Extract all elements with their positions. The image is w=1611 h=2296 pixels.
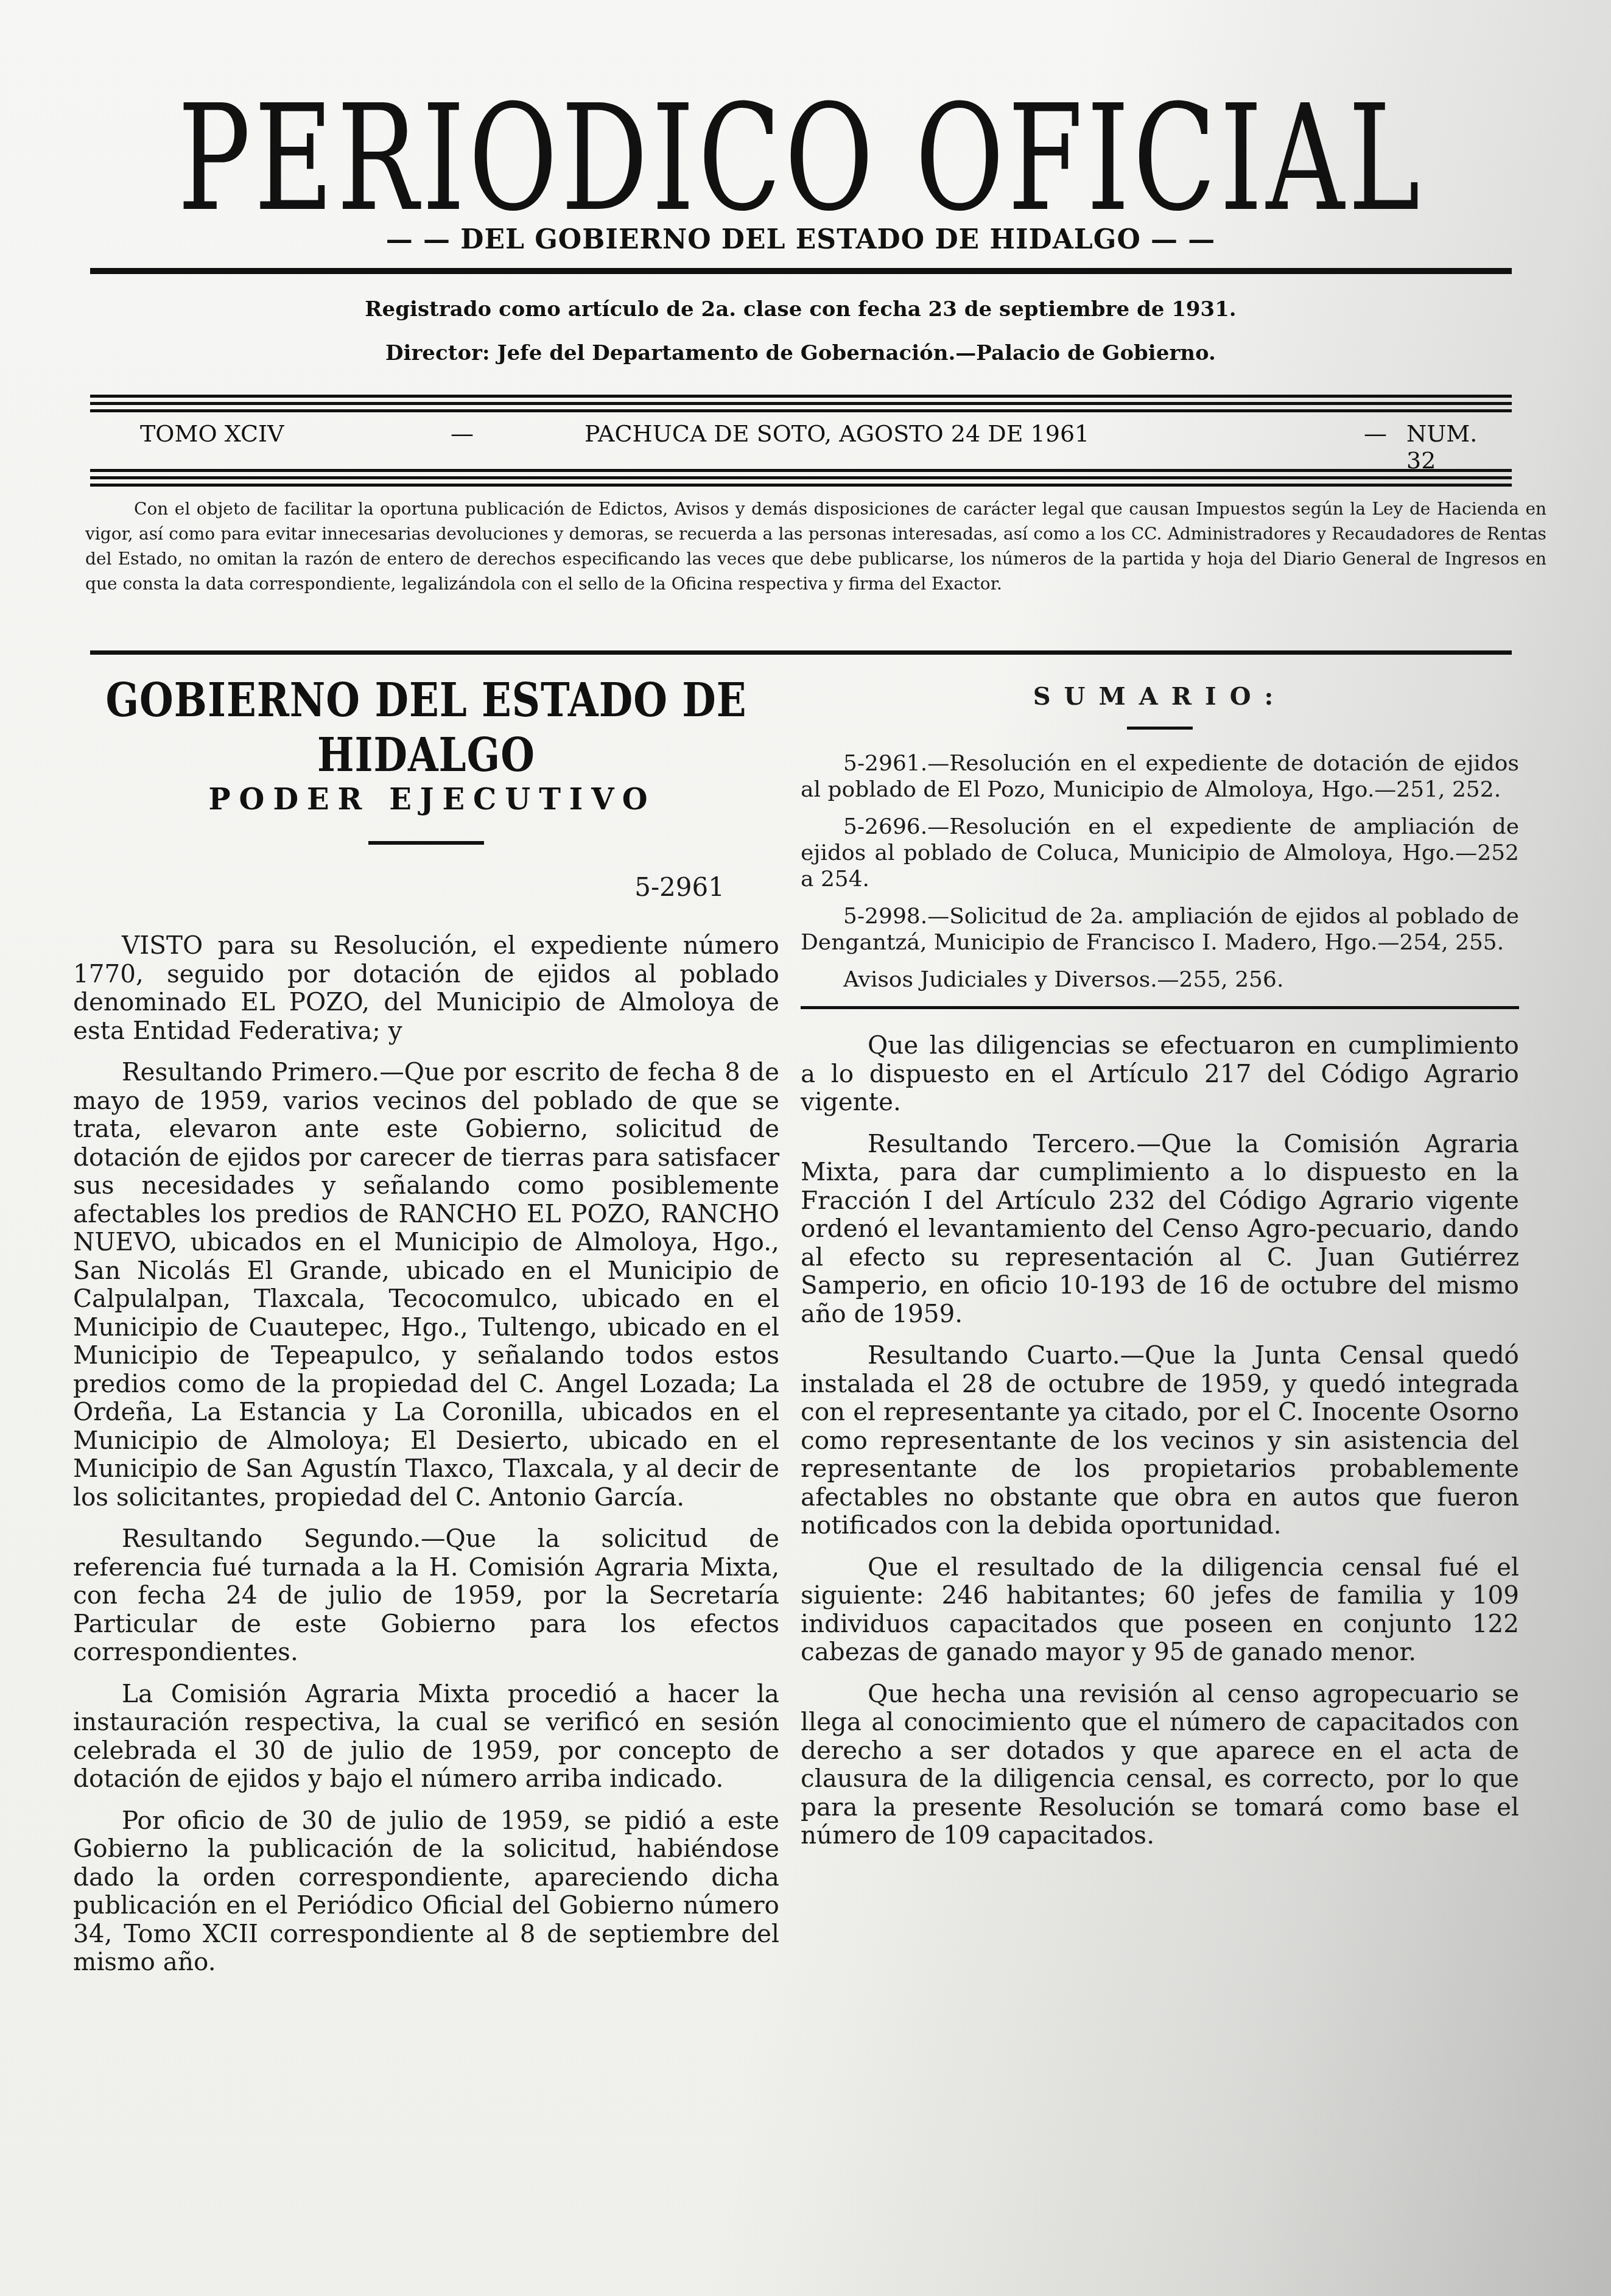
paragraph-diligencias: Que las diligencias se efectuaron en cum… [801,1031,1519,1116]
government-heading: GOBIERNO DEL ESTADO DE HIDALGO [73,673,779,783]
section-rule [90,650,1512,655]
issue-number: NUM. 32 [1406,420,1510,474]
masthead-title: PERIODICO OFICIAL [91,85,1510,231]
left-body: VISTO para su Resolución, el expediente … [73,931,779,1976]
paragraph-revision-censo: Que hecha una revisión al censo agropecu… [801,1680,1519,1850]
registration-line: Registrado como artículo de 2a. clase co… [91,297,1510,322]
volume-label: TOMO XCIV [140,420,284,447]
paragraph-resultando-cuarto: Resultando Cuarto.—Que la Junta Censal q… [801,1341,1519,1540]
issue-separator: — [451,420,474,447]
paragraph-comision-agraria: La Comisión Agraria Mixta procedió a hac… [73,1680,779,1793]
left-column: GOBIERNO DEL ESTADO DE HIDALGO PODER EJE… [73,667,779,1990]
right-column: SUMARIO: 5-2961.—Resolución en el expedi… [801,670,1519,1863]
paragraph-resultando-primero: Resultando Primero.—Que por escrito de f… [73,1058,779,1511]
summary-item: Avisos Judiciales y Diversos.—255, 256. [801,967,1519,993]
document-number: 5-2961 [73,872,779,902]
summary-heading: SUMARIO: [801,682,1519,711]
summary-item: 5-2998.—Solicitud de 2a. ampliación de e… [801,903,1519,956]
newspaper-page: PERIODICO OFICIAL — — DEL GOBIERNO DEL E… [0,0,1611,2296]
paragraph-visto: VISTO para su Resolución, el expediente … [73,931,779,1044]
director-line: Director: Jefe del Departamento de Gober… [91,341,1510,365]
summary-item: 5-2696.—Resolución en el expediente de a… [801,814,1519,892]
paragraph-resultado-censal: Que el resultado de la diligencia censal… [801,1553,1519,1666]
place-date: PACHUCA DE SOTO, AGOSTO 24 DE 1961 [584,420,1089,447]
publication-notice: Con el objeto de facilitar la oportuna p… [85,496,1546,596]
heading-divider [368,841,484,845]
paragraph-resultando-segundo: Resultando Segundo.—Que la solicitud de … [73,1524,779,1666]
masthead-rule [90,268,1512,274]
summary-bottom-rule [801,1006,1519,1009]
masthead-subtitle: — — DEL GOBIERNO DEL ESTADO DE HIDALGO —… [91,224,1510,255]
paragraph-por-oficio: Por oficio de 30 de julio de 1959, se pi… [73,1806,779,1976]
right-body: Que las diligencias se efectuaron en cum… [801,1031,1519,1850]
summary-divider [1127,727,1193,730]
summary-item: 5-2961.—Resolución en el expediente de d… [801,750,1519,803]
issue-info-bar: TOMO XCIV — PACHUCA DE SOTO, AGOSTO 24 D… [91,420,1510,451]
number-separator: — [1364,420,1387,447]
executive-heading: PODER EJECUTIVO [73,783,779,817]
paragraph-resultando-tercero: Resultando Tercero.—Que la Comisión Agra… [801,1130,1519,1328]
issue-top-rule [90,395,1512,398]
issue-bottom-rule [90,469,1512,472]
